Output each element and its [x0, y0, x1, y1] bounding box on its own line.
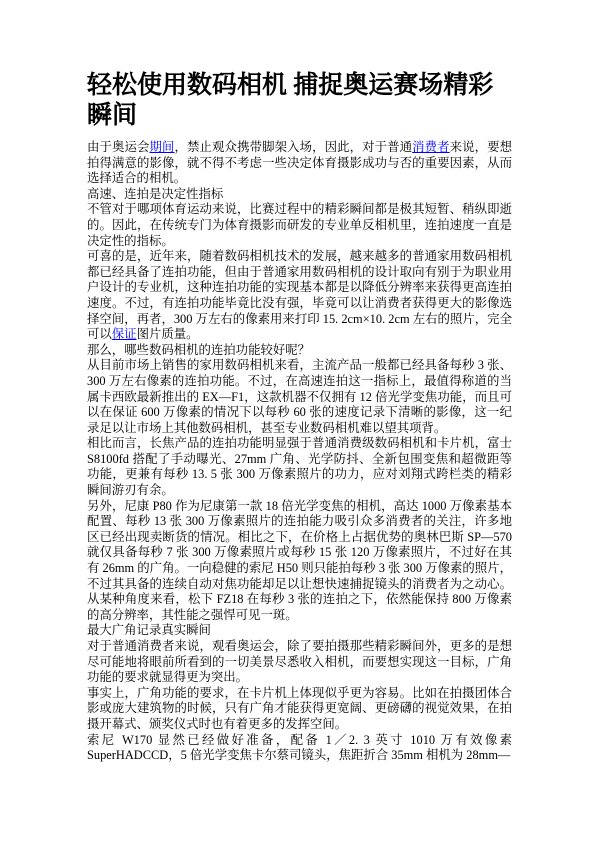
paragraph-consumer-burst: 可喜的是，近年来，随着数码相机技术的发展，越来越多的普通家用数码相机都已经具备了…	[87, 249, 512, 343]
paragraph-subhead-burst-shooting: 高速、连拍是决定性指标	[87, 187, 512, 203]
document-content: 轻松使用数码相机 捕捉奥运赛场精彩瞬间 由于奥运会期间，禁止观众携带脚架入场，因…	[87, 71, 512, 764]
paragraph-burst-importance: 不管对于哪项体育运动来说，比赛过程中的精彩瞬间都是极其短暂、稍纵即逝的。因此，在…	[87, 202, 512, 249]
paragraph-subhead-wide-angle: 最大广角记录真实瞬间	[87, 623, 512, 639]
paragraph-wide-angle-cards: 事实上，广角功能的要求，在卡片机上体现似乎更为容易。比如在拍摄团体合影或庞大建筑…	[87, 686, 512, 733]
document-title: 轻松使用数码相机 捕捉奥运赛场精彩瞬间	[87, 71, 512, 131]
text-segment: 由于奥运会	[87, 140, 150, 154]
link-baozheng[interactable]: 保证	[112, 327, 137, 341]
text-segment: 图片质量。	[137, 327, 199, 341]
paragraph-sony-w170: 索尼 W170 显然已经做好准备，配备 1／2. 3 英寸 1010 万有效像素…	[87, 733, 512, 764]
link-qijian[interactable]: 期间	[150, 140, 175, 154]
document-page: 轻松使用数码相机 捕捉奥运赛场精彩瞬间 由于奥运会期间，禁止观众携带脚架入场，因…	[0, 0, 595, 842]
text-segment: ，禁止观众携带脚架入场，因此，对于普通	[175, 140, 413, 154]
paragraph-nikon-olympus-sony-panasonic: 另外，尼康 P80 作为尼康第一款 18 倍光学变焦的相机，高达 1000 万像…	[87, 499, 512, 624]
paragraph-intro: 由于奥运会期间，禁止观众携带脚架入场，因此，对于普通消费者来说，要想拍得满意的影…	[87, 140, 512, 187]
paragraph-casio-exf1: 从目前市场上销售的家用数码相机来看，主流产品一般都已经具备每秒 3 张、300 …	[87, 358, 512, 436]
link-xiaofeizhe[interactable]: 消费者	[412, 140, 450, 154]
paragraph-fuji-s8100fd: 相比而言，长焦产品的连拍功能明显强于普通消费级数码相机和卡片机，富士 S8100…	[87, 436, 512, 498]
paragraph-wide-angle-need: 对于普通消费者来说，观看奥运会，除了要拍摄那些精彩瞬间外，更多的是想尽可能地将眼…	[87, 639, 512, 686]
paragraph-question: 那么，哪些数码相机的连拍功能较好呢？	[87, 343, 512, 359]
